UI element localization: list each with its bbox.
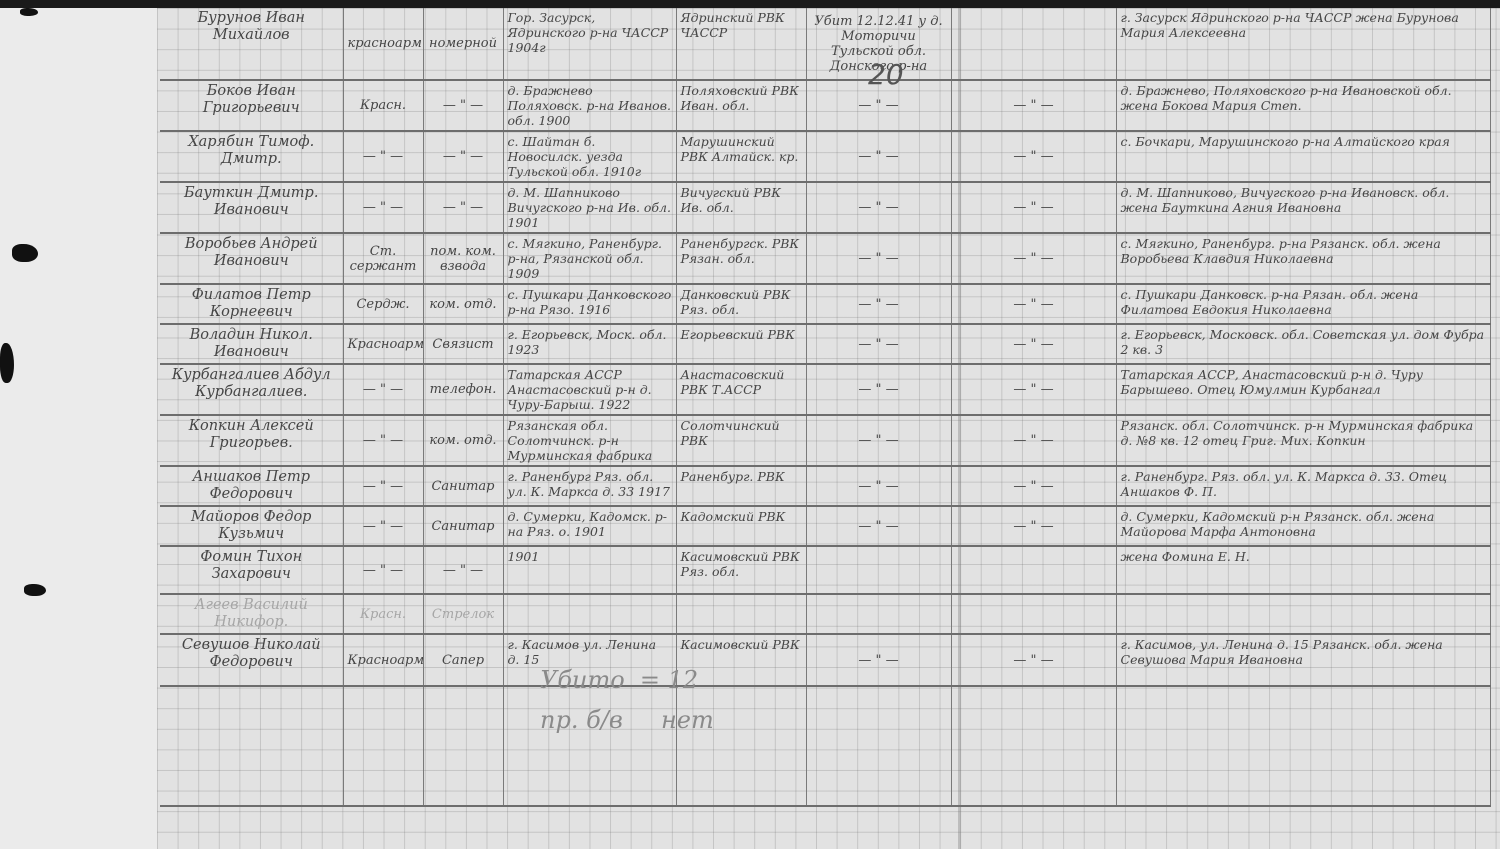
table-row: Воладин Никол. ИвановичКрасноарм.Связист… bbox=[160, 324, 1490, 364]
table-row: Харябин Тимоф. Дмитр.— " —— " —с. Шайтан… bbox=[160, 131, 1490, 182]
row-position: — " — bbox=[423, 80, 503, 131]
row-killed: — " — bbox=[806, 364, 951, 415]
row-draft-office: Кадомский РВК bbox=[676, 506, 806, 546]
row-rank: красноарм. bbox=[343, 8, 423, 80]
row-killed bbox=[806, 546, 951, 594]
row-position: Стрелок bbox=[423, 594, 503, 634]
tally-killed-label: Убито bbox=[540, 660, 625, 700]
row-position: пом. ком. взвода bbox=[423, 233, 503, 284]
row-rank: — " — bbox=[343, 506, 423, 546]
row-name: Майоров Федор Кузьмич bbox=[160, 506, 343, 546]
table-row: Майоров Федор Кузьмич— " —Санитард. Суме… bbox=[160, 506, 1490, 546]
row-birthplace: Рязанская обл. Солотчинск. р-н Мурминска… bbox=[503, 415, 676, 466]
row-rank: — " — bbox=[343, 182, 423, 233]
row-killed: — " — bbox=[806, 233, 951, 284]
table-row: Агеев Василий Никифор.Красн.Стрелок bbox=[160, 594, 1490, 634]
tally-missing-value: нет bbox=[661, 700, 714, 740]
row-name: Бурунов Иван Михайлов bbox=[160, 8, 343, 80]
row-col7 bbox=[951, 546, 1116, 594]
row-kin: с. Бочкари, Марушинского р-на Алтайского… bbox=[1116, 131, 1490, 182]
row-rank: — " — bbox=[343, 131, 423, 182]
row-col7: — " — bbox=[951, 415, 1116, 466]
row-name: Севушов Николай Федорович bbox=[160, 634, 343, 686]
row-killed: — " — bbox=[806, 284, 951, 324]
row-col7: — " — bbox=[951, 80, 1116, 131]
row-birthplace: Гор. Засурск, Ядринского р-на ЧАССР 1904… bbox=[503, 8, 676, 80]
row-name: Филатов Петр Корнеевич bbox=[160, 284, 343, 324]
row-birthplace: 1901 bbox=[503, 546, 676, 594]
table-row: Воробьев Андрей ИвановичСт. сержантпом. … bbox=[160, 233, 1490, 284]
row-kin: жена Фомина Е. Н. bbox=[1116, 546, 1490, 594]
torn-margin-strip bbox=[0, 8, 158, 849]
row-col7: — " — bbox=[951, 364, 1116, 415]
row-name: Воладин Никол. Иванович bbox=[160, 324, 343, 364]
punch-hole bbox=[0, 343, 14, 383]
roster-table: Бурунов Иван Михайловкрасноарм.номернойГ… bbox=[160, 8, 1491, 807]
punch-hole bbox=[20, 8, 38, 16]
row-killed: — " — bbox=[806, 182, 951, 233]
row-position: Санитар bbox=[423, 466, 503, 506]
row-killed: — " — bbox=[806, 324, 951, 364]
row-col7: — " — bbox=[951, 324, 1116, 364]
empty-cell bbox=[806, 686, 951, 806]
tally-missing-label: пр. б/в bbox=[540, 700, 623, 740]
table-row: Копкин Алексей Григорьев.— " —ком. отд.Р… bbox=[160, 415, 1490, 466]
row-birthplace: Татарская АССР Анастасовский р-н д. Чуру… bbox=[503, 364, 676, 415]
row-rank: Красн. bbox=[343, 594, 423, 634]
row-kin: д. Сумерки, Кадомский р-н Рязанск. обл. … bbox=[1116, 506, 1490, 546]
row-draft-office: Раненбург. РВК bbox=[676, 466, 806, 506]
row-position: Связист bbox=[423, 324, 503, 364]
empty-row bbox=[160, 686, 1490, 806]
row-position: Сапер bbox=[423, 634, 503, 686]
row-draft-office: Данковский РВК Ряз. обл. bbox=[676, 284, 806, 324]
row-name: Бауткин Дмитр. Иванович bbox=[160, 182, 343, 233]
table-row: Филатов Петр КорнеевичСердж.ком. отд.с. … bbox=[160, 284, 1490, 324]
row-position: телефон. bbox=[423, 364, 503, 415]
row-name: Агеев Василий Никифор. bbox=[160, 594, 343, 634]
row-draft-office: Солотчинский РВК bbox=[676, 415, 806, 466]
empty-cell bbox=[160, 686, 343, 806]
empty-cell bbox=[951, 686, 1116, 806]
punch-hole bbox=[24, 584, 46, 596]
row-col7: — " — bbox=[951, 506, 1116, 546]
row-position: номерной bbox=[423, 8, 503, 80]
tally-note: Убито = 12 пр. б/в нет bbox=[540, 660, 714, 740]
row-kin: Татарская АССР, Анастасовский р-н д. Чур… bbox=[1116, 364, 1490, 415]
row-killed: — " — bbox=[806, 415, 951, 466]
row-kin: г. Касимов, ул. Ленина д. 15 Рязанск. об… bbox=[1116, 634, 1490, 686]
table-row: Бауткин Дмитр. Иванович— " —— " —д. М. Ш… bbox=[160, 182, 1490, 233]
row-draft-office: Ядринский РВК ЧАССР bbox=[676, 8, 806, 80]
row-rank: — " — bbox=[343, 466, 423, 506]
row-birthplace: г. Егорьевск, Моск. обл. 1923 bbox=[503, 324, 676, 364]
row-name: Фомин Тихон Захарович bbox=[160, 546, 343, 594]
row-kin: с. Мягкино, Раненбург. р-на Рязанск. обл… bbox=[1116, 233, 1490, 284]
row-position: ком. отд. bbox=[423, 415, 503, 466]
row-rank: — " — bbox=[343, 546, 423, 594]
row-rank: Красноарм. bbox=[343, 324, 423, 364]
row-name: Воробьев Андрей Иванович bbox=[160, 233, 343, 284]
row-rank: Красн. bbox=[343, 80, 423, 131]
row-col7: — " — bbox=[951, 634, 1116, 686]
row-draft-office: Раненбургск. РВК Рязан. обл. bbox=[676, 233, 806, 284]
row-birthplace: д. Бражнево Поляховск. р-на Иванов. обл.… bbox=[503, 80, 676, 131]
row-kin: д. М. Шапниково, Вичугского р-на Ивановс… bbox=[1116, 182, 1490, 233]
row-killed: — " — bbox=[806, 131, 951, 182]
row-birthplace bbox=[503, 594, 676, 634]
row-col7: — " — bbox=[951, 466, 1116, 506]
row-killed: — " — bbox=[806, 634, 951, 686]
row-killed: — " — bbox=[806, 506, 951, 546]
row-name: Курбангалиев Абдул Курбангалиев. bbox=[160, 364, 343, 415]
row-position: ком. отд. bbox=[423, 284, 503, 324]
table-row: Курбангалиев Абдул Курбангалиев.— " —тел… bbox=[160, 364, 1490, 415]
row-col7: — " — bbox=[951, 284, 1116, 324]
empty-cell bbox=[423, 686, 503, 806]
table-row: Аншаков Петр Федорович— " —Санитарг. Ран… bbox=[160, 466, 1490, 506]
row-killed: — " — bbox=[806, 466, 951, 506]
tally-killed-value: = 12 bbox=[640, 660, 698, 700]
punch-hole bbox=[12, 244, 38, 262]
row-name: Боков Иван Григорьевич bbox=[160, 80, 343, 131]
row-rank: Красноарм. bbox=[343, 634, 423, 686]
row-rank: Ст. сержант bbox=[343, 233, 423, 284]
table-row: Бурунов Иван Михайловкрасноарм.номернойГ… bbox=[160, 8, 1490, 80]
row-col7: — " — bbox=[951, 182, 1116, 233]
row-position: — " — bbox=[423, 131, 503, 182]
table-row: Севушов Николай ФедоровичКрасноарм.Сапер… bbox=[160, 634, 1490, 686]
row-kin: Рязанск. обл. Солотчинск. р-н Мурминская… bbox=[1116, 415, 1490, 466]
row-kin: г. Засурск Ядринского р-на ЧАССР жена Бу… bbox=[1116, 8, 1490, 80]
row-draft-office: Егорьевский РВК bbox=[676, 324, 806, 364]
row-draft-office: Марушинский РВК Алтайск. кр. bbox=[676, 131, 806, 182]
document-page: Бурунов Иван Михайловкрасноарм.номернойГ… bbox=[0, 8, 1500, 849]
row-rank: — " — bbox=[343, 364, 423, 415]
row-name: Харябин Тимоф. Дмитр. bbox=[160, 131, 343, 182]
row-birthplace: д. М. Шапниково Вичугского р-на Ив. обл.… bbox=[503, 182, 676, 233]
row-kin bbox=[1116, 594, 1490, 634]
row-name: Копкин Алексей Григорьев. bbox=[160, 415, 343, 466]
row-draft-office bbox=[676, 594, 806, 634]
row-position: — " — bbox=[423, 546, 503, 594]
row-killed bbox=[806, 594, 951, 634]
row-col7: — " — bbox=[951, 233, 1116, 284]
row-name: Аншаков Петр Федорович bbox=[160, 466, 343, 506]
row-birthplace: с. Шайтан б. Новосилск. уезда Тульской о… bbox=[503, 131, 676, 182]
row-col7 bbox=[951, 8, 1116, 80]
row-position: — " — bbox=[423, 182, 503, 233]
row-kin: г. Егорьевск, Московск. обл. Советская у… bbox=[1116, 324, 1490, 364]
row-position: Санитар bbox=[423, 506, 503, 546]
row-birthplace: д. Сумерки, Кадомск. р-на Ряз. о. 1901 bbox=[503, 506, 676, 546]
row-col7: — " — bbox=[951, 131, 1116, 182]
row-draft-office: Касимовский РВК Ряз. обл. bbox=[676, 546, 806, 594]
empty-cell bbox=[343, 686, 423, 806]
row-kin: с. Пушкари Данковск. р-на Рязан. обл. же… bbox=[1116, 284, 1490, 324]
row-kin: г. Раненбург. Ряз. обл. ул. К. Маркса д.… bbox=[1116, 466, 1490, 506]
table-row: Боков Иван ГригорьевичКрасн.— " —д. Браж… bbox=[160, 80, 1490, 131]
row-draft-office: Вичугский РВК Ив. обл. bbox=[676, 182, 806, 233]
row-col7 bbox=[951, 594, 1116, 634]
row-draft-office: Анастасовский РВК Т.АССР bbox=[676, 364, 806, 415]
row-rank: — " — bbox=[343, 415, 423, 466]
empty-cell bbox=[1116, 686, 1490, 806]
row-kin: д. Бражнево, Поляховского р-на Ивановско… bbox=[1116, 80, 1490, 131]
row-rank: Сердж. bbox=[343, 284, 423, 324]
row-draft-office: Поляховский РВК Иван. обл. bbox=[676, 80, 806, 131]
stamp-number: 20 bbox=[868, 58, 904, 91]
row-birthplace: с. Мягкино, Раненбург. р-на, Рязанской о… bbox=[503, 233, 676, 284]
row-birthplace: г. Раненбург Ряз. обл. ул. К. Маркса д. … bbox=[503, 466, 676, 506]
table-row: Фомин Тихон Захарович— " —— " —1901Касим… bbox=[160, 546, 1490, 594]
row-birthplace: с. Пушкари Данковского р-на Рязо. 1916 bbox=[503, 284, 676, 324]
